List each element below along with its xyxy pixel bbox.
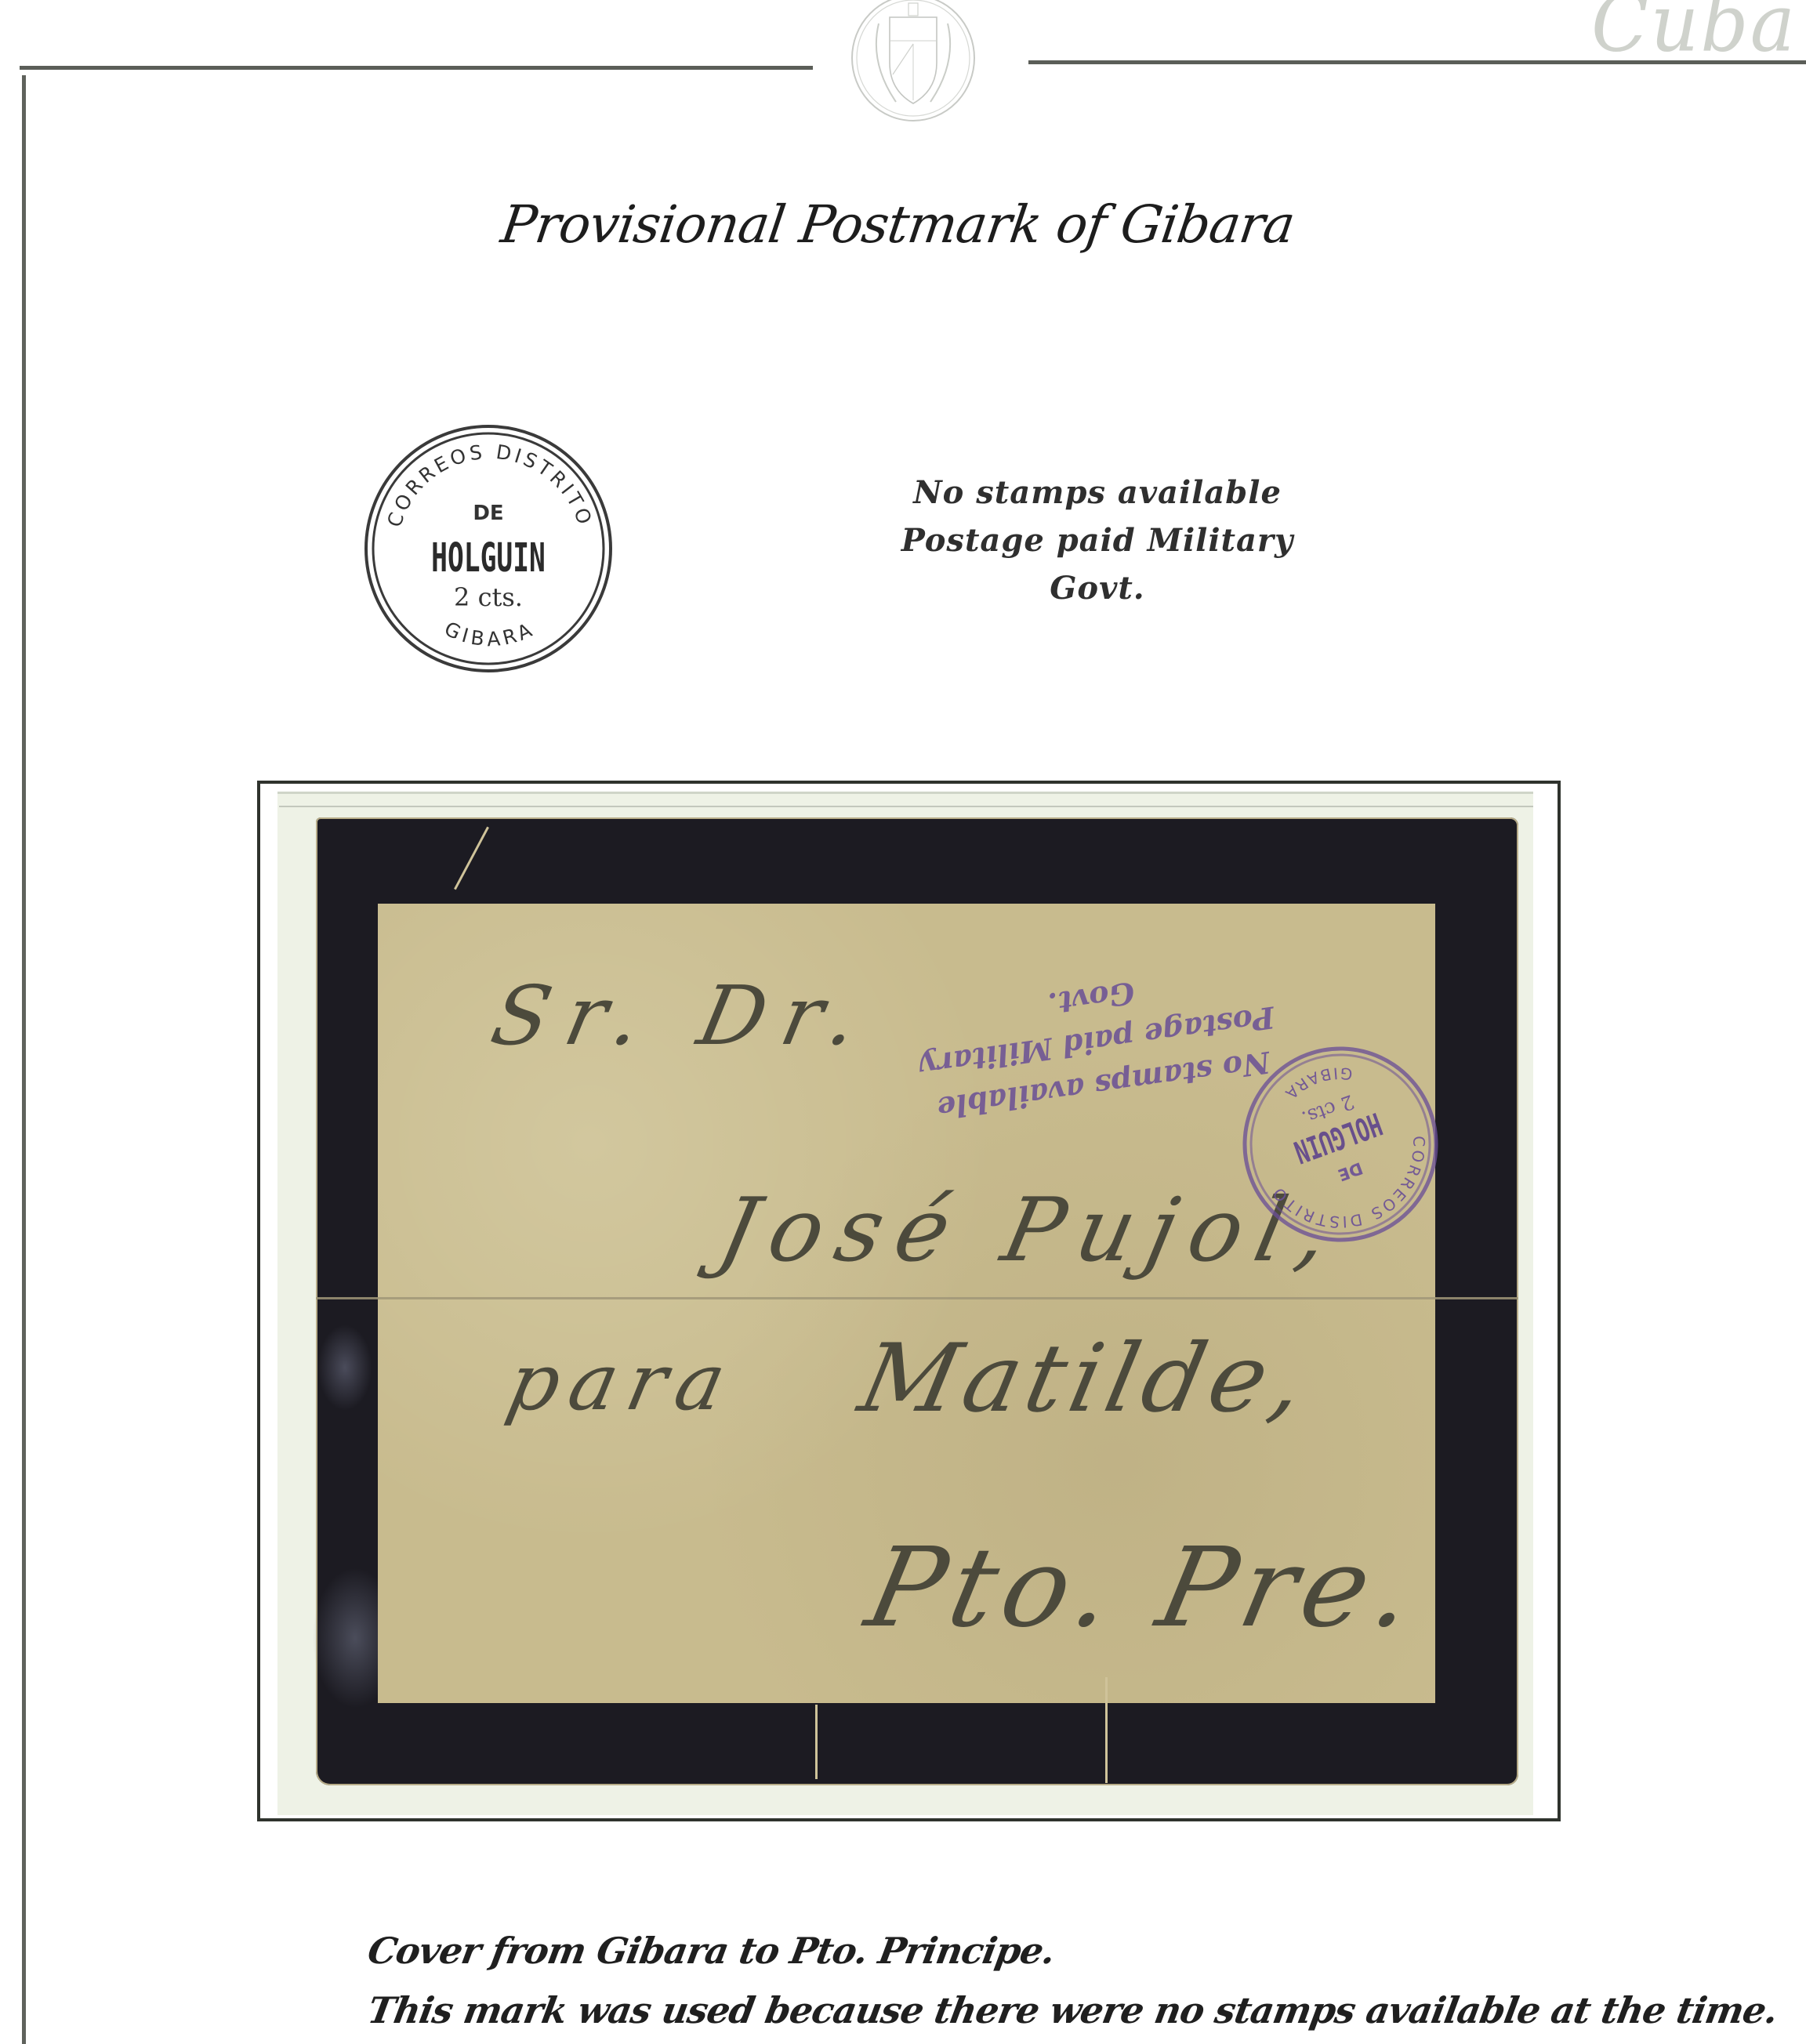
cover-tear [1105,1677,1108,1783]
postmark-value: 2 cts. [454,582,523,612]
top-rule-left [20,66,813,70]
postmark-holguin: HOLGUIN [431,536,546,582]
handstamp-line-2: Postage paid Military [878,516,1317,564]
handstamp-line-1: No stamps available [878,469,1317,516]
page-title: Provisional Postmark of Gibara [498,194,1290,255]
address-line-4: Matilde, [850,1325,1320,1433]
address-line-3: para [500,1336,745,1428]
cover-tear [815,1705,818,1779]
cuban-coat-of-arms-icon [849,0,977,124]
svg-text:DE: DE [1336,1158,1365,1184]
left-margin-rule [22,75,26,2044]
country-watermark: Cuba [1591,0,1797,70]
caption-line-2: This mark was used because there were no… [364,1989,1781,2031]
mount-edge-line [279,806,1533,807]
cover-wear-mark [317,1325,372,1411]
postmark-bottom-arc: GIBARA [441,617,539,651]
address-line-5: Pto. Pre. [857,1524,1432,1652]
holguin-postmark-illustration: CORREOS DISTRITO DE HOLGUIN 2 cts. GIBAR… [357,419,623,678]
handstamp-text-illustration: No stamps available Postage paid Militar… [878,469,1317,612]
postmark-de: DE [473,502,503,525]
cover-fold-line [316,1297,1518,1299]
caption-line-1: Cover from Gibara to Pto. Principe. [364,1930,1058,1972]
handstamp-line-3: Govt. [878,564,1317,612]
address-line-1: Sr. Dr. [484,968,883,1064]
